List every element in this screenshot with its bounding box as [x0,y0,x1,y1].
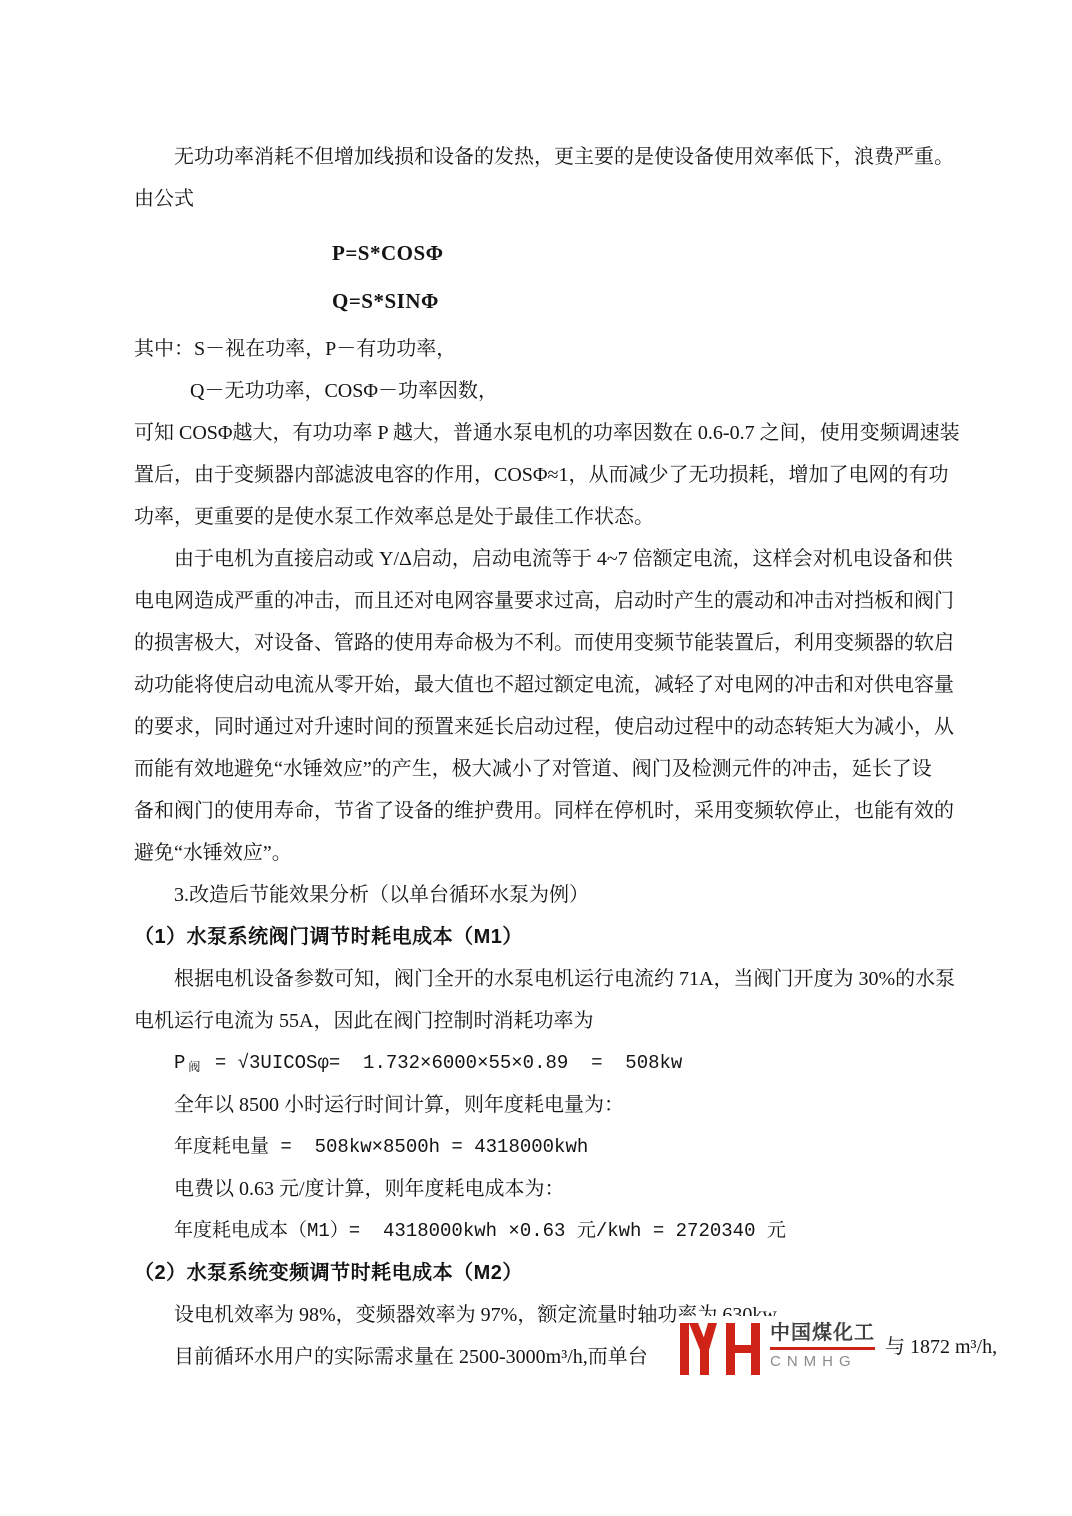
formula-valve-power: P阀 = √3UICOSφ= 1.732×6000×55×0.89 = 508k… [134,1042,990,1084]
paragraph-hours: 全年以 8500 小时运行时间计算，则年度耗电量为： [134,1084,990,1126]
paragraph-startup-line-1: 由于电机为直接启动或 Y/Δ启动，启动电流等于 4~7 倍额定电流，这样会对机电… [134,538,990,580]
formula-valve-power-body: = √3UICOSφ= 1.732×6000×55×0.89 = 508kw [203,1052,682,1074]
logo-title: 中国煤化工 [770,1321,875,1345]
section-3-title: 3.改造后节能效果分析（以单台循环水泵为例） [134,874,990,916]
paragraph-m1-line-2: 电机运行电流为 55A，因此在阀门控制时消耗功率为 [134,1000,990,1042]
formula-reactive-power: Q=S*SINΦ [134,280,990,322]
paragraph-cosphi-line-2: 置后，由于变频器内部滤波电容的作用，COSΦ≈1，从而减少了无功损耗，增加了电网… [134,454,990,496]
paragraph-startup-line-6: 而能有效地避免“水锤效应”的产生，极大减小了对管道、阀门及检测元件的冲击，延长了… [134,748,990,790]
paragraph-startup-line-3: 的损害极大，对设备、管路的使用寿命极为不利。而使用变频节能装置后，利用变频器的软… [134,622,990,664]
paragraph-startup-line-2: 电电网造成严重的冲击，而且还对电网容量要求过高，启动时产生的震动和冲击对挡板和阀… [134,580,990,622]
paragraph-m1-line-1: 根据电机设备参数可知，阀门全开的水泵电机运行电流约 71A，当阀门开度为 30%… [134,958,990,1000]
paragraph-cosphi-line-3: 功率，更重要的是使水泵工作效率总是处于最佳工作状态。 [134,496,990,538]
mh-monogram-icon [680,1323,760,1375]
formula-annual-cost-m1: 年度耗电成本（M1）= 4318000kwh ×0.63 元/kwh = 272… [134,1210,990,1252]
paragraph-startup-line-7: 备和阀门的使用寿命，节省了设备的维护费用。同样在停机时，采用变频软停止，也能有效… [134,790,990,832]
logo-text-block: 中国煤化工CNMHG [770,1321,875,1371]
document-page: 无功功率消耗不但增加线损和设备的发热，更主要的是使设备使用效率低下，浪费严重。 … [0,0,1072,1516]
formula-active-power: P=S*COSΦ [134,232,990,274]
paragraph-demand: 目前循环水用户的实际需求量在 2500-3000m³/h,而单台中国煤化工CNM… [134,1336,990,1378]
paragraph-where-definitions-2: Q－无功功率，COSΦ－功率因数， [134,370,990,412]
paragraph-startup-line-5: 的要求，同时通过对升速时间的预置来延长启动过程，使启动过程中的动态转矩大为减小，… [134,706,990,748]
formula-annual-energy: 年度耗电量 = 508kw×8500h = 4318000kwh [134,1126,990,1168]
paragraph-price: 电费以 0.63 元/度计算，则年度耗电成本为： [134,1168,990,1210]
heading-m1: （1）水泵系统阀门调节时耗电成本（M1） [134,916,990,958]
document-body: 无功功率消耗不但增加线损和设备的发热，更主要的是使设备使用效率低下，浪费严重。 … [134,136,990,1378]
paragraph-cosphi-line-1: 可知 COSΦ越大，有功功率 P 越大，普通水泵电机的功率因数在 0.6-0.7… [134,412,990,454]
paragraph-formula-lead: 由公式 [134,178,990,220]
heading-m2: （2）水泵系统变频调节时耗电成本（M2） [134,1252,990,1294]
paragraph-demand-after: 与 1872 m³/h, [885,1326,997,1368]
paragraph-startup-line-8: 避免“水锤效应”。 [134,832,990,874]
logo-subtitle: CNMHG [770,1353,875,1371]
paragraph-startup-line-4: 动功能将使启动电流从零开始，最大值也不超过额定电流，减轻了对电网的冲击和对供电容… [134,664,990,706]
formula-valve-power-subscript: 阀 [188,1061,200,1075]
paragraph-reactive-power: 无功功率消耗不但增加线损和设备的发热，更主要的是使设备使用效率低下，浪费严重。 [134,136,990,178]
paragraph-demand-before: 目前循环水用户的实际需求量在 2500-3000m³/h,而单台 [174,1346,648,1368]
formula-valve-power-lead: P [174,1052,185,1074]
logo-underline [770,1347,875,1350]
paragraph-where-definitions-1: 其中：S－视在功率，P－有功功率， [134,328,990,370]
cnmhg-logo-watermark: 中国煤化工CNMHG与 1872 m³/h, [678,1316,1003,1379]
